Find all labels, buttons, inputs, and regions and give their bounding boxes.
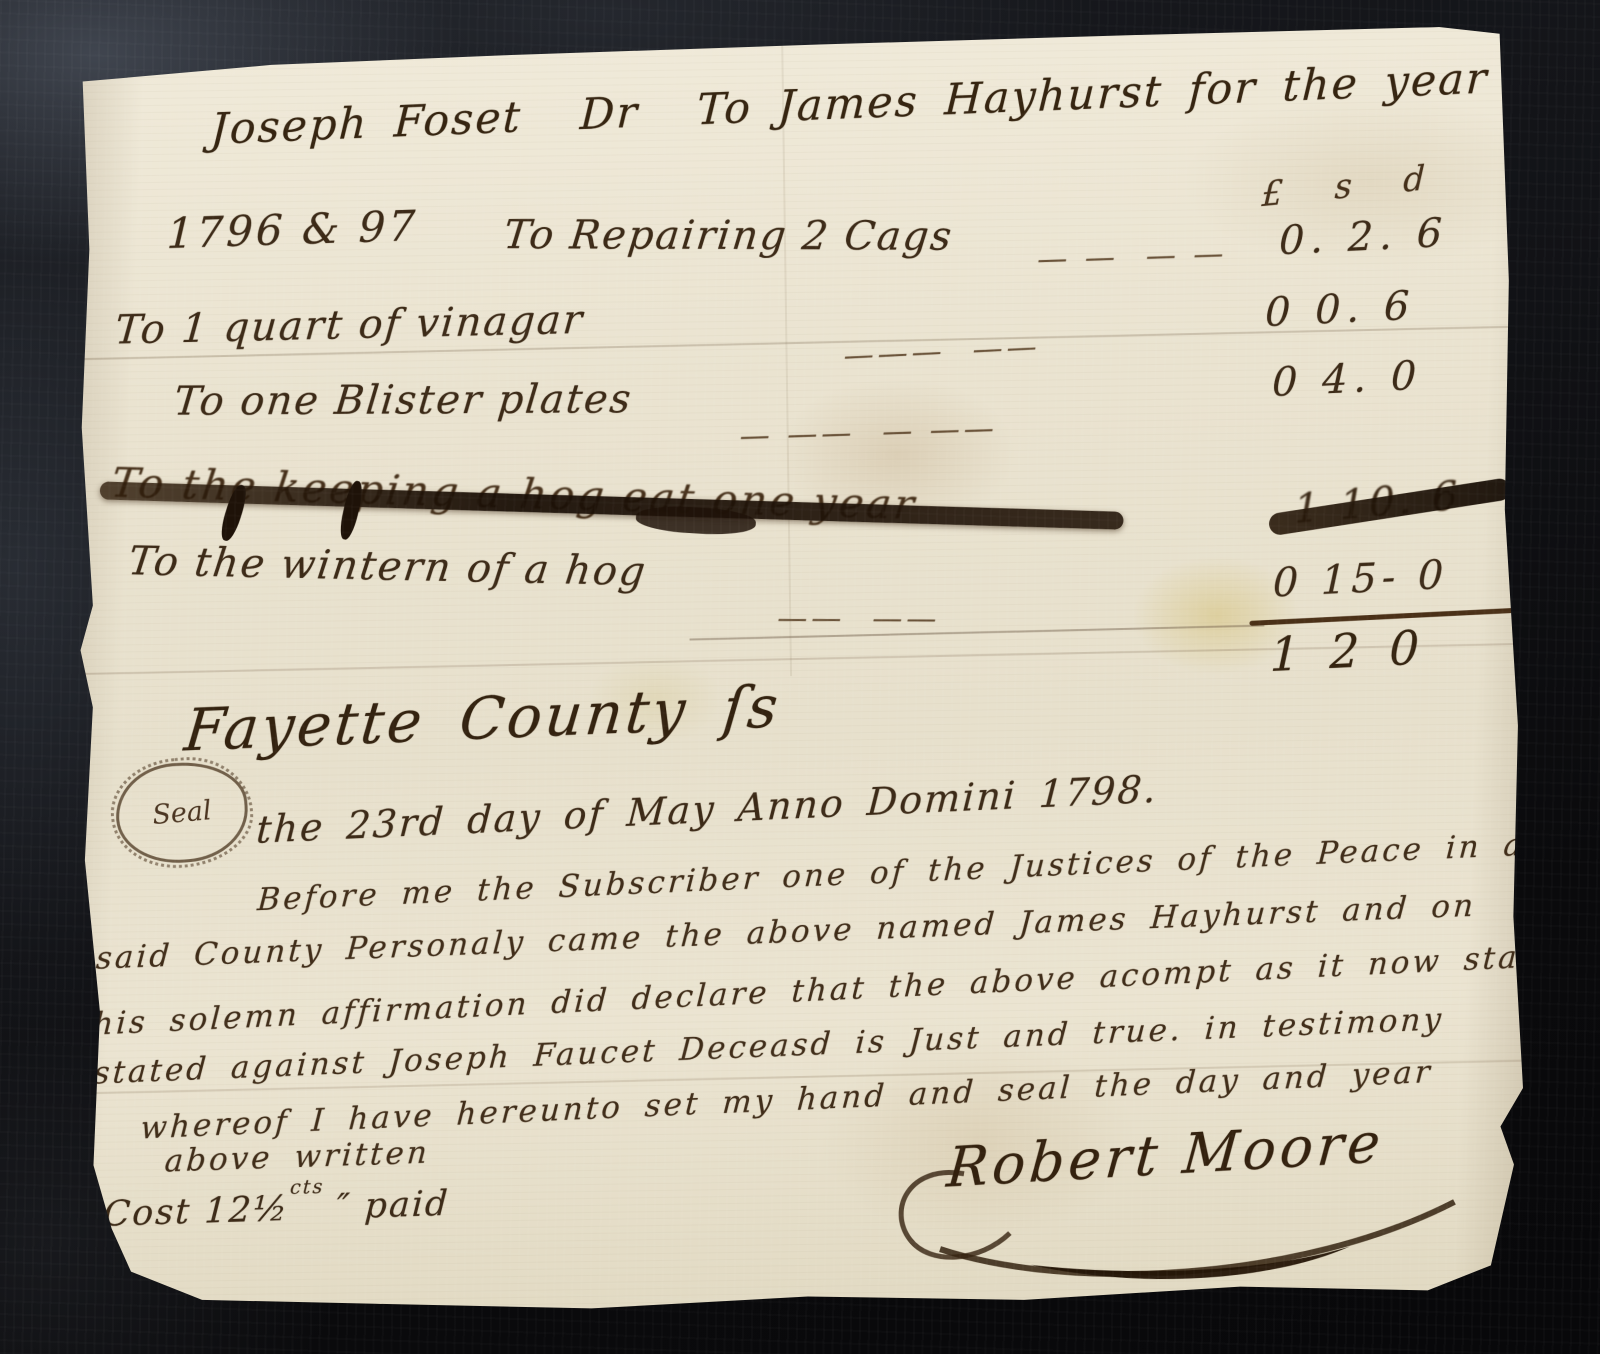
seal-label: Seal [151, 795, 213, 831]
title-line: Joseph Foset Dr To James Hayhurst for th… [209, 54, 1489, 155]
signature-flourish [869, 1146, 1491, 1305]
ledger-amount: 0. 2. 6 [1279, 210, 1449, 264]
currency-column-headers: £ s d [1261, 157, 1436, 215]
fee-paid: ″ paid [335, 1184, 450, 1228]
ruled-line [690, 624, 1265, 640]
ledger-dashes: ——— —— [843, 329, 1042, 374]
hand-drawn-seal: Seal [112, 757, 252, 868]
ledger-item: To Repairing 2 Cags [501, 212, 955, 260]
creditor-phrase: To James Hayhurst for the year [696, 54, 1490, 136]
ledger-total: 1 2 0 [1269, 621, 1419, 683]
ledger-amount: 0 0. 6 [1265, 283, 1416, 336]
affidavit-line: above written [164, 1135, 432, 1180]
fee-note: Cost 12½cts ″ paid [102, 1184, 450, 1235]
county-heading: Fayette County ſs [181, 672, 783, 764]
debtor-name: Joseph Foset [209, 92, 523, 155]
ledger-item: To the wintern of a hog [126, 538, 650, 595]
ledger-dashes: —— —— [777, 601, 940, 637]
ledger-dashes: — —— — —— [739, 411, 998, 454]
ledger-item: To 1 quart of vinagar [113, 297, 586, 354]
ledger-item: To one Blister plates [172, 376, 635, 424]
ledger-amount: 0 4. 0 [1272, 353, 1423, 406]
ledger-amount: 0 15- 0 [1272, 552, 1449, 607]
document-photo: Joseph Foset Dr To James Hayhurst for th… [0, 0, 1600, 1354]
fold-crease [781, 36, 792, 676]
fee-unit-superscript: cts [289, 1175, 325, 1199]
paper-sheet: Joseph Foset Dr To James Hayhurst for th… [69, 26, 1529, 1318]
date-line: the 23rd day of May Anno Domini 1798. [255, 767, 1159, 852]
fee-cost: Cost 12½ [102, 1189, 290, 1235]
ledger-dashes: — — — — [1037, 236, 1228, 277]
ledger-year: 1796 & 97 [166, 201, 419, 258]
debit-abbrev: Dr [579, 88, 640, 141]
